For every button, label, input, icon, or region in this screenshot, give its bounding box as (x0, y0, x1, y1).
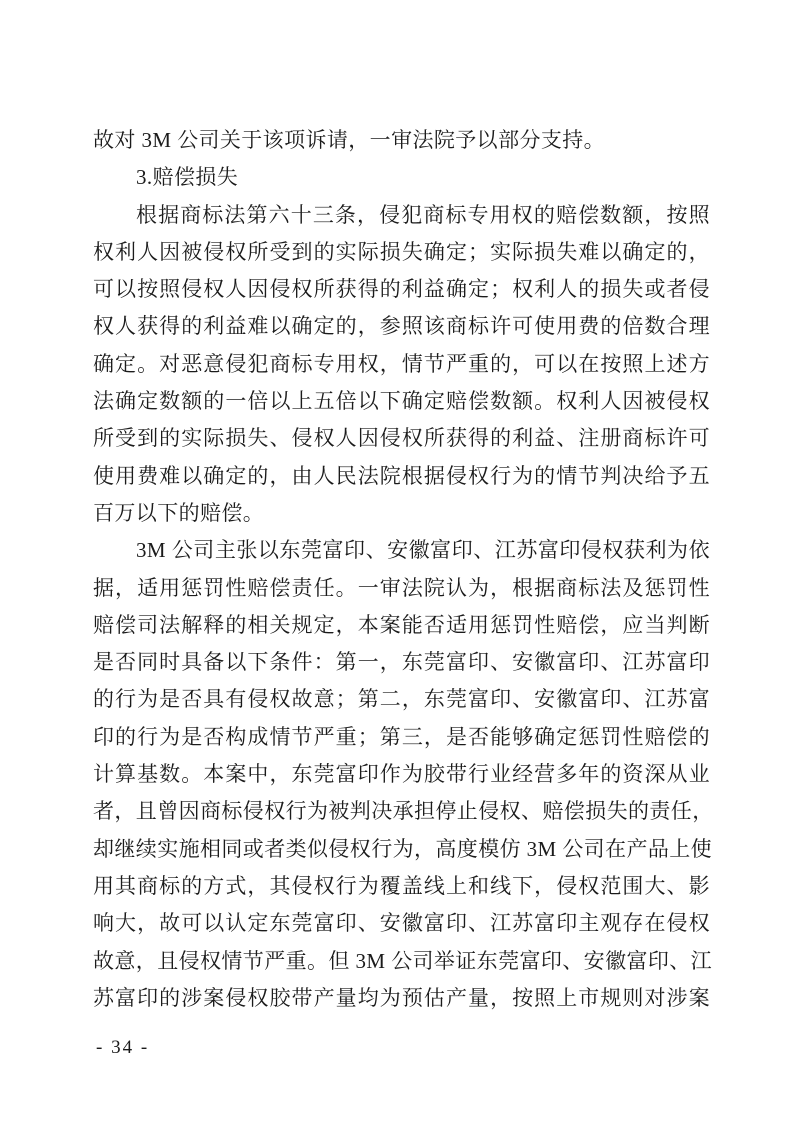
text-line: 者，且曾因商标侵权行为被判决承担停止侵权、赔偿损失的责任， (93, 793, 710, 830)
text-line: 根据商标法第六十三条，侵犯商标专用权的赔偿数额，按照 (93, 197, 710, 234)
text-line: 所受到的实际损失、侵权人因侵权所获得的利益、注册商标许可 (93, 420, 710, 457)
document-page: 故对 3M 公司关于该项诉请，一审法院予以部分支持。 3.赔偿损失 根据商标法第… (0, 0, 794, 1123)
text-line: 故意，且侵权情节严重。但 3M 公司举证东莞富印、安徽富印、江 (93, 943, 710, 980)
text-line: 苏富印的涉案侵权胶带产量均为预估产量，按照上市规则对涉案 (93, 980, 710, 1017)
text-line: 法确定数额的一倍以上五倍以下确定赔偿数额。权利人因被侵权 (93, 383, 710, 420)
text-line: 权利人因被侵权所受到的实际损失确定；实际损失难以确定的， (93, 234, 710, 271)
text-line: 确定。对恶意侵犯商标专用权，情节严重的，可以在按照上述方 (93, 346, 710, 383)
text-line: 可以按照侵权人因侵权所获得的利益确定；权利人的损失或者侵 (93, 271, 710, 308)
page-number: - 34 - (96, 1034, 149, 1062)
text-line: 响大，故可以认定东莞富印、安徽富印、江苏富印主观存在侵权 (93, 905, 710, 942)
text-line: 计算基数。本案中，东莞富印作为胶带行业经营多年的资深从业 (93, 756, 710, 793)
text-line: 3M 公司主张以东莞富印、安徽富印、江苏富印侵权获利为依 (93, 532, 710, 569)
body-text: 故对 3M 公司关于该项诉请，一审法院予以部分支持。 3.赔偿损失 根据商标法第… (93, 122, 710, 1017)
text-line: 3.赔偿损失 (93, 159, 710, 196)
text-line: 用其商标的方式，其侵权行为覆盖线上和线下，侵权范围大、影 (93, 868, 710, 905)
text-line: 百万以下的赔偿。 (93, 495, 710, 532)
text-line: 据，适用惩罚性赔偿责任。一审法院认为，根据商标法及惩罚性 (93, 570, 710, 607)
text-line: 使用费难以确定的，由人民法院根据侵权行为的情节判决给予五 (93, 458, 710, 495)
text-line: 的行为是否具有侵权故意；第二，东莞富印、安徽富印、江苏富 (93, 681, 710, 718)
text-line: 却继续实施相同或者类似侵权行为，高度模仿 3M 公司在产品上使 (93, 831, 710, 868)
text-line: 印的行为是否构成情节严重；第三，是否能够确定惩罚性赔偿的 (93, 719, 710, 756)
text-line: 赔偿司法解释的相关规定，本案能否适用惩罚性赔偿，应当判断 (93, 607, 710, 644)
text-line: 故对 3M 公司关于该项诉请，一审法院予以部分支持。 (93, 122, 710, 159)
text-line: 权人获得的利益难以确定的，参照该商标许可使用费的倍数合理 (93, 308, 710, 345)
text-line: 是否同时具备以下条件：第一，东莞富印、安徽富印、江苏富印 (93, 644, 710, 681)
